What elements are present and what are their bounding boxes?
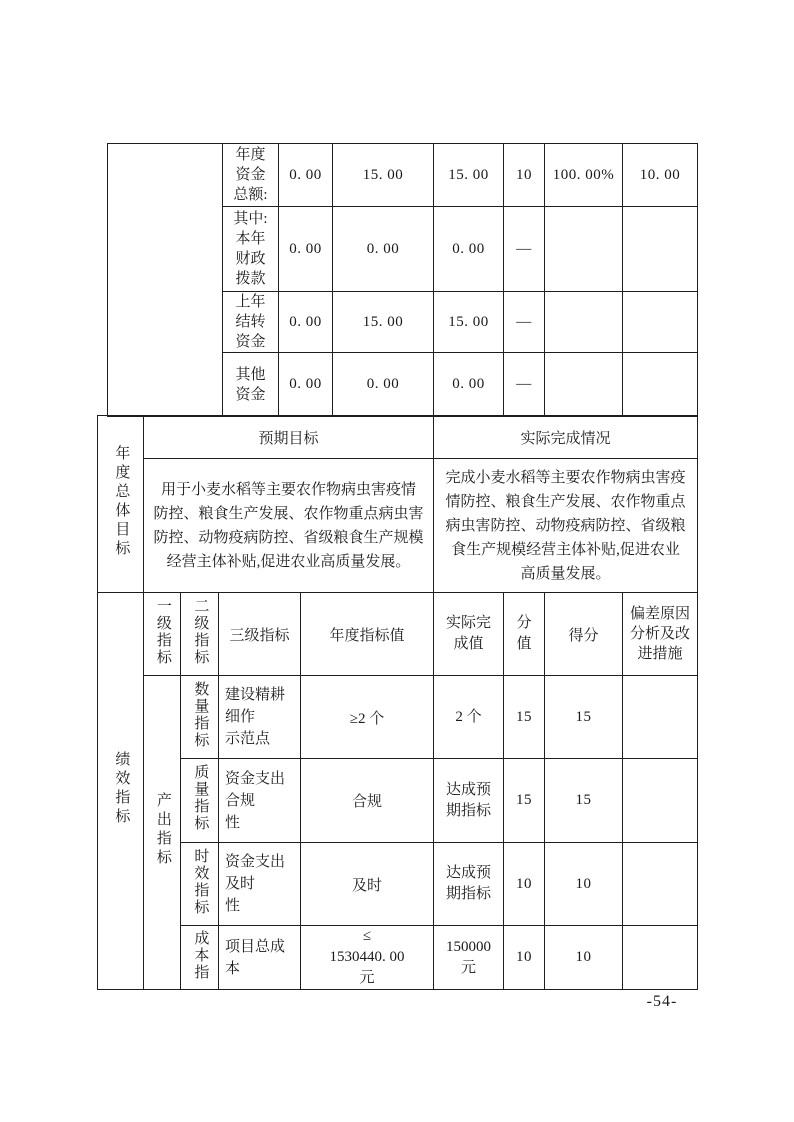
- expected-goal-header: 预期目标: [144, 416, 434, 459]
- funding-cell: —: [504, 292, 545, 353]
- actual-cell: 2 个: [434, 676, 504, 759]
- level2-cell: 成本指: [181, 926, 219, 990]
- output-indicator-vertical-label: 产出指标: [154, 792, 170, 868]
- deviation-header: 偏差原因 分析及改 进措施: [623, 593, 698, 676]
- funding-cell: 0. 00: [279, 292, 333, 353]
- actual-cell: 达成预 期指标: [434, 843, 504, 926]
- funding-cell: 0. 00: [434, 207, 504, 292]
- annual-goal-table: 年度总体目标 预期目标 实际完成情况 用于小麦水稻等主要农作物病虫害疫情 防控、…: [97, 415, 698, 593]
- target-cell: ≥2 个: [301, 676, 434, 759]
- funding-cell: —: [504, 353, 545, 417]
- funding-table: 年度 资金 总额: 0. 00 15. 00 15. 00 10 100. 00…: [107, 143, 698, 417]
- level2-cell: 数量指标: [181, 676, 219, 759]
- deviation-cell: [623, 926, 698, 990]
- points-cell: 10: [504, 843, 545, 926]
- level3-cell: 建设精耕细作 示范点: [219, 676, 301, 759]
- target-cell: ≤ 1530440. 00 元: [301, 926, 434, 990]
- annual-goal-row-label: 年度总体目标: [98, 416, 144, 593]
- funding-cell: 0. 00: [279, 207, 333, 292]
- level3-cell: 资金支出合规 性: [219, 759, 301, 843]
- performance-indicator-vertical-label: 绩效指标: [113, 751, 129, 827]
- funding-cell: 0. 00: [333, 207, 434, 292]
- points-cell: 10: [504, 926, 545, 990]
- level3-cell: 资金支出及时 性: [219, 843, 301, 926]
- actual-value-header: 实际完 成值: [434, 593, 504, 676]
- score-header: 得分: [545, 593, 623, 676]
- funding-cell: [545, 353, 623, 417]
- funding-cell: 10: [504, 144, 545, 207]
- deviation-cell: [623, 843, 698, 926]
- level1-header: 一级指标: [144, 593, 181, 676]
- level3-cell: 项目总成本: [219, 926, 301, 990]
- funding-cell: 10. 00: [623, 144, 698, 207]
- funding-cell: —: [504, 207, 545, 292]
- level2-cell: 时效指标: [181, 843, 219, 926]
- funding-cell: 15. 00: [434, 292, 504, 353]
- performance-indicator-table: 绩效指标 一级指标 二级指标 三级指标 年度指标值 实际完 成值 分 值 得分 …: [97, 592, 698, 990]
- score-cell: 15: [545, 676, 623, 759]
- score-cell: 10: [545, 926, 623, 990]
- funding-cell: 15. 00: [333, 144, 434, 207]
- actual-cell: 达成预 期指标: [434, 759, 504, 843]
- annual-target-header: 年度指标值: [301, 593, 434, 676]
- funding-cell: 100. 00%: [545, 144, 623, 207]
- target-cell: 合规: [301, 759, 434, 843]
- funding-row-label: 年度 资金 总额:: [223, 144, 279, 207]
- funding-cell: [623, 353, 698, 417]
- points-cell: 15: [504, 676, 545, 759]
- funding-cell: 0. 00: [333, 353, 434, 417]
- expected-goal-text: 用于小麦水稻等主要农作物病虫害疫情 防控、粮食生产发展、农作物重点病虫害 防控、…: [144, 459, 434, 593]
- annual-goal-vertical-label: 年度总体目标: [113, 445, 129, 559]
- level2-header: 二级指标: [181, 593, 219, 676]
- funding-cell: 15. 00: [434, 144, 504, 207]
- level2-cell: 质量指标: [181, 759, 219, 843]
- deviation-cell: [623, 676, 698, 759]
- page-number: -54-: [630, 993, 694, 1011]
- score-cell: 15: [545, 759, 623, 843]
- funding-cell: [623, 207, 698, 292]
- funding-row-label: 其中: 本年 财政 拨款: [223, 207, 279, 292]
- output-indicator-cell: 产出指标: [144, 676, 181, 990]
- actual-cell: 150000 元: [434, 926, 504, 990]
- deviation-cell: [623, 759, 698, 843]
- points-cell: 15: [504, 759, 545, 843]
- points-header: 分 值: [504, 593, 545, 676]
- funding-cell: 0. 00: [279, 353, 333, 417]
- target-cell: 及时: [301, 843, 434, 926]
- score-cell: 10: [545, 843, 623, 926]
- funding-cell: [545, 207, 623, 292]
- funding-cell: 0. 00: [279, 144, 333, 207]
- indicator-group-label-cell: 绩效指标: [98, 593, 144, 990]
- funding-cell: [623, 292, 698, 353]
- funding-row-label: 上年 结转 资金: [223, 292, 279, 353]
- funding-left-empty-cell: [108, 144, 223, 417]
- funding-cell: 15. 00: [333, 292, 434, 353]
- document-page: 年度 资金 总额: 0. 00 15. 00 15. 00 10 100. 00…: [0, 0, 794, 1122]
- actual-completion-text: 完成小麦水稻等主要农作物病虫害疫 情防控、粮食生产发展、农作物重点 病虫害防控、…: [434, 459, 698, 593]
- level3-header: 三级指标: [219, 593, 301, 676]
- funding-row-label: 其他 资金: [223, 353, 279, 417]
- funding-cell: [545, 292, 623, 353]
- actual-completion-header: 实际完成情况: [434, 416, 698, 459]
- funding-cell: 0. 00: [434, 353, 504, 417]
